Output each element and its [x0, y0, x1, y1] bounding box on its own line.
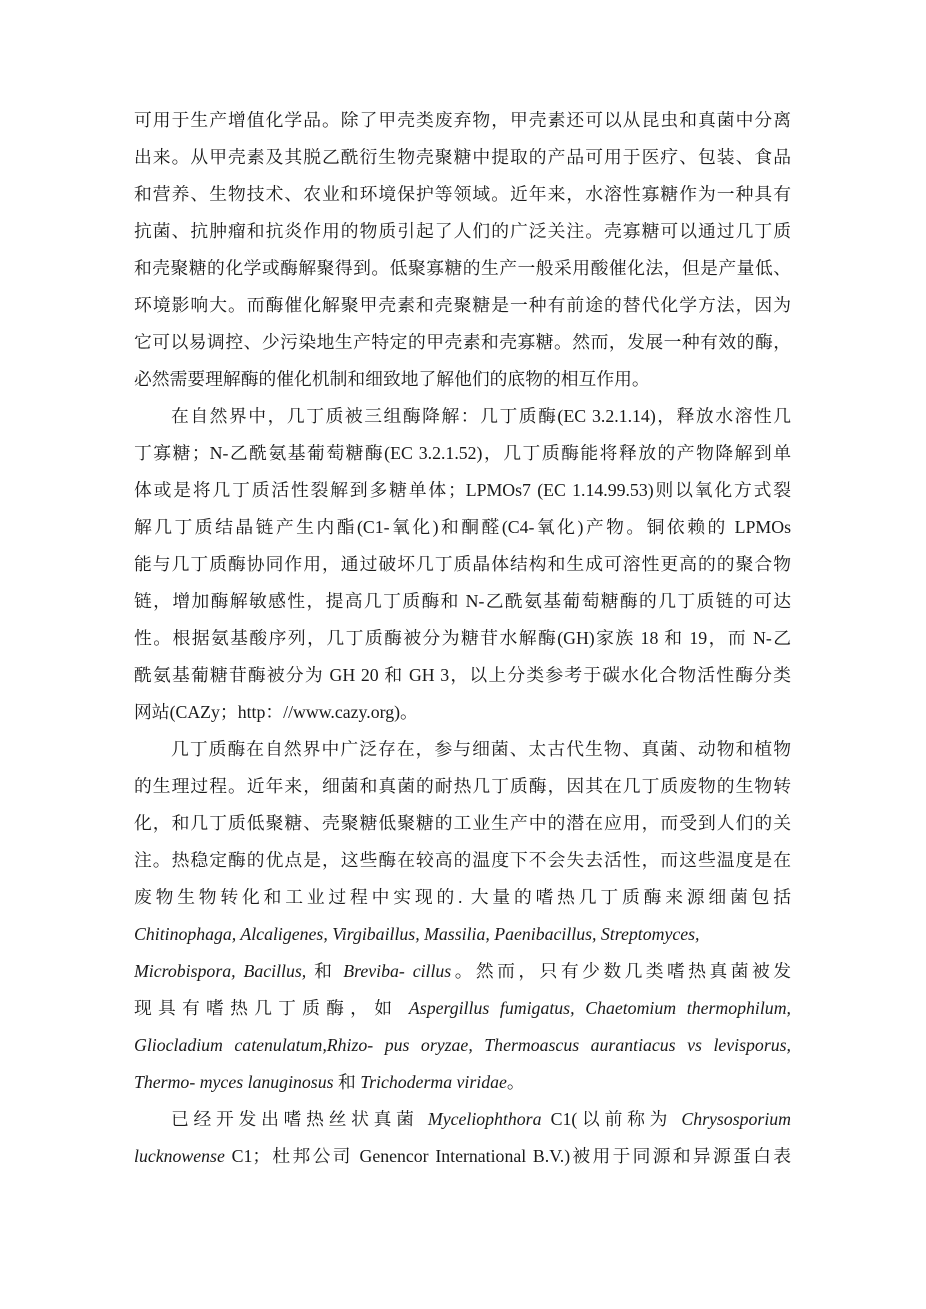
text-line: Thermo- myces lanuginosus 和 Trichoderma …: [134, 1064, 791, 1101]
text-line: 解几丁质结晶链产生内酯(C1-氧化)和酮醛(C4-氧化)产物。铜依赖的 LPMO…: [134, 509, 791, 546]
text-segment: 能与几丁质酶协同作用，通过破坏几丁质晶体结构和生成可溶性更高的的聚合物: [134, 554, 791, 574]
text-line: 性。根据氨基酸序列，几丁质酶被分为糖苷水解酶(GH)家族 18 和 19，而 N…: [134, 620, 791, 657]
species-name: Chrysosporium: [681, 1109, 791, 1129]
text-line: 酰氨基葡糖苷酶被分为 GH 20 和 GH 3，以上分类参考于碳水化合物活性酶分…: [134, 657, 791, 694]
text-segment: 在自然界中，几丁质被三组酶降解：几丁质酶(EC 3.2.1.14)，释放水溶性几: [171, 406, 791, 426]
text-segment: 可用于生产增值化学品。除了甲壳类废弃物，甲壳素还可以从昆虫和真菌中分离: [134, 110, 791, 130]
text-segment: 现具有嗜热几丁质酶，如: [134, 998, 409, 1018]
text-segment: 。然而，只有少数几类嗜热真菌被发: [451, 961, 791, 981]
text-line: 化，和几丁质低聚糖、壳聚糖低聚糖的工业生产中的潜在应用，而受到人们的关: [134, 805, 791, 842]
paragraph: 可用于生产增值化学品。除了甲壳类废弃物，甲壳素还可以从昆虫和真菌中分离出来。从甲…: [134, 102, 791, 398]
text-line: 废物生物转化和工业过程中实现的. 大量的嗜热几丁质酶来源细菌包括: [134, 879, 791, 916]
text-line: Gliocladium catenulatum,Rhizo- pus oryza…: [134, 1027, 791, 1064]
text-line: Microbispora, Bacillus, 和 Breviba- cillu…: [134, 953, 791, 990]
text-line: 它可以易调控、少污染地生产特定的甲壳素和壳寡糖。然而，发展一种有效的酶，: [134, 324, 791, 361]
text-line: 已经开发出嗜热丝状真菌 Myceliophthora C1(以前称为 Chrys…: [134, 1101, 791, 1138]
text-line: 的生理过程。近年来，细菌和真菌的耐热几丁质酶，因其在几丁质废物的生物转: [134, 768, 791, 805]
species-name: Aspergillus fumigatus, Chaetomium thermo…: [409, 998, 791, 1018]
text-segment: 解几丁质结晶链产生内酯(C1-氧化)和酮醛(C4-氧化)产物。铜依赖的 LPMO…: [134, 517, 791, 537]
text-segment: 。: [507, 1072, 525, 1092]
text-line: 可用于生产增值化学品。除了甲壳类废弃物，甲壳素还可以从昆虫和真菌中分离: [134, 102, 791, 139]
text-line: 几丁质酶在自然界中广泛存在，参与细菌、太古代生物、真菌、动物和植物: [134, 731, 791, 768]
text-segment: 环境影响大。而酶催化解聚甲壳素和壳聚糖是一种有前途的替代化学方法，因为: [134, 295, 791, 315]
species-name: Gliocladium catenulatum,Rhizo- pus oryza…: [134, 1035, 791, 1055]
document-page: 可用于生产增值化学品。除了甲壳类废弃物，甲壳素还可以从昆虫和真菌中分离出来。从甲…: [0, 0, 926, 1309]
text-segment: 出来。从甲壳素及其脱乙酰衍生物壳聚糖中提取的产品可用于医疗、包装、食品: [134, 147, 791, 167]
text-segment: 化，和几丁质低聚糖、壳聚糖低聚糖的工业生产中的潜在应用，而受到人们的关: [134, 813, 791, 833]
paragraph: 在自然界中，几丁质被三组酶降解：几丁质酶(EC 3.2.1.14)，释放水溶性几…: [134, 398, 791, 731]
text-line: 抗菌、抗肿瘤和抗炎作用的物质引起了人们的广泛关注。壳寡糖可以通过几丁质: [134, 213, 791, 250]
species-name: Thermo- myces lanuginosus: [134, 1072, 334, 1092]
text-segment: 和壳聚糖的化学或酶解聚得到。低聚寡糖的生产一般采用酸催化法，但是产量低、: [134, 258, 791, 278]
paragraph: 已经开发出嗜热丝状真菌 Myceliophthora C1(以前称为 Chrys…: [134, 1101, 791, 1175]
text-segment: 和: [334, 1072, 361, 1092]
species-name: Myceliophthora: [428, 1109, 542, 1129]
text-segment: 丁寡糖；N-乙酰氨基葡萄糖酶(EC 3.2.1.52)，几丁质酶能将释放的产物降…: [134, 443, 791, 463]
text-segment: 链，增加酶解敏感性，提高几丁质酶和 N-乙酰氨基葡萄糖酶的几丁质链的可达: [134, 591, 791, 611]
text-segment: 体或是将几丁质活性裂解到多糖单体；LPMOs7 (EC 1.14.99.53)则…: [134, 480, 791, 500]
text-segment: C1；杜邦公司 Genencor International B.V.)被用于同…: [225, 1146, 791, 1166]
species-name: Chitinophaga, Alcaligenes, Virgibaillus,…: [134, 924, 700, 944]
text-segment: 必然需要理解酶的催化机制和细致地了解他们的底物的相互作用。: [134, 369, 650, 389]
text-line: 现具有嗜热几丁质酶，如 Aspergillus fumigatus, Chaet…: [134, 990, 791, 1027]
species-name: lucknowense: [134, 1146, 225, 1166]
document-body: 可用于生产增值化学品。除了甲壳类废弃物，甲壳素还可以从昆虫和真菌中分离出来。从甲…: [134, 102, 791, 1175]
text-line: 和营养、生物技术、农业和环境保护等领域。近年来，水溶性寡糖作为一种具有: [134, 176, 791, 213]
text-segment: 注。热稳定酶的优点是，这些酶在较高的温度下不会失去活性，而这些温度是在: [134, 850, 791, 870]
text-line: Chitinophaga, Alcaligenes, Virgibaillus,…: [134, 916, 791, 953]
text-line: lucknowense C1；杜邦公司 Genencor Internation…: [134, 1138, 791, 1175]
text-segment: C1(以前称为: [541, 1109, 681, 1129]
species-name: Trichoderma viridae: [360, 1072, 507, 1092]
text-line: 链，增加酶解敏感性，提高几丁质酶和 N-乙酰氨基葡萄糖酶的几丁质链的可达: [134, 583, 791, 620]
text-segment: 它可以易调控、少污染地生产特定的甲壳素和壳寡糖。然而，发展一种有效的酶，: [134, 332, 791, 352]
text-line: 在自然界中，几丁质被三组酶降解：几丁质酶(EC 3.2.1.14)，释放水溶性几: [134, 398, 791, 435]
text-line: 网站(CAZy；http：//www.cazy.org)。: [134, 694, 791, 731]
text-line: 必然需要理解酶的催化机制和细致地了解他们的底物的相互作用。: [134, 361, 791, 398]
text-segment: 酰氨基葡糖苷酶被分为 GH 20 和 GH 3，以上分类参考于碳水化合物活性酶分…: [134, 665, 791, 685]
text-segment: 网站(CAZy；http：//www.cazy.org)。: [134, 702, 418, 722]
species-name: Breviba- cillus: [343, 961, 451, 981]
text-line: 能与几丁质酶协同作用，通过破坏几丁质晶体结构和生成可溶性更高的的聚合物: [134, 546, 791, 583]
text-line: 和壳聚糖的化学或酶解聚得到。低聚寡糖的生产一般采用酸催化法，但是产量低、: [134, 250, 791, 287]
text-segment: 性。根据氨基酸序列，几丁质酶被分为糖苷水解酶(GH)家族 18 和 19，而 N…: [134, 628, 791, 648]
text-line: 出来。从甲壳素及其脱乙酰衍生物壳聚糖中提取的产品可用于医疗、包装、食品: [134, 139, 791, 176]
text-line: 注。热稳定酶的优点是，这些酶在较高的温度下不会失去活性，而这些温度是在: [134, 842, 791, 879]
text-segment: 废物生物转化和工业过程中实现的. 大量的嗜热几丁质酶来源细菌包括: [134, 887, 791, 907]
text-line: 体或是将几丁质活性裂解到多糖单体；LPMOs7 (EC 1.14.99.53)则…: [134, 472, 791, 509]
text-segment: 抗菌、抗肿瘤和抗炎作用的物质引起了人们的广泛关注。壳寡糖可以通过几丁质: [134, 221, 791, 241]
text-segment: 和营养、生物技术、农业和环境保护等领域。近年来，水溶性寡糖作为一种具有: [134, 184, 791, 204]
text-line: 丁寡糖；N-乙酰氨基葡萄糖酶(EC 3.2.1.52)，几丁质酶能将释放的产物降…: [134, 435, 791, 472]
text-segment: 的生理过程。近年来，细菌和真菌的耐热几丁质酶，因其在几丁质废物的生物转: [134, 776, 791, 796]
paragraph: 几丁质酶在自然界中广泛存在，参与细菌、太古代生物、真菌、动物和植物的生理过程。近…: [134, 731, 791, 1101]
species-name: Microbispora, Bacillus,: [134, 961, 306, 981]
text-segment: 几丁质酶在自然界中广泛存在，参与细菌、太古代生物、真菌、动物和植物: [171, 739, 791, 759]
text-segment: 已经开发出嗜热丝状真菌: [171, 1109, 428, 1129]
text-segment: 和: [306, 961, 343, 981]
text-line: 环境影响大。而酶催化解聚甲壳素和壳聚糖是一种有前途的替代化学方法，因为: [134, 287, 791, 324]
